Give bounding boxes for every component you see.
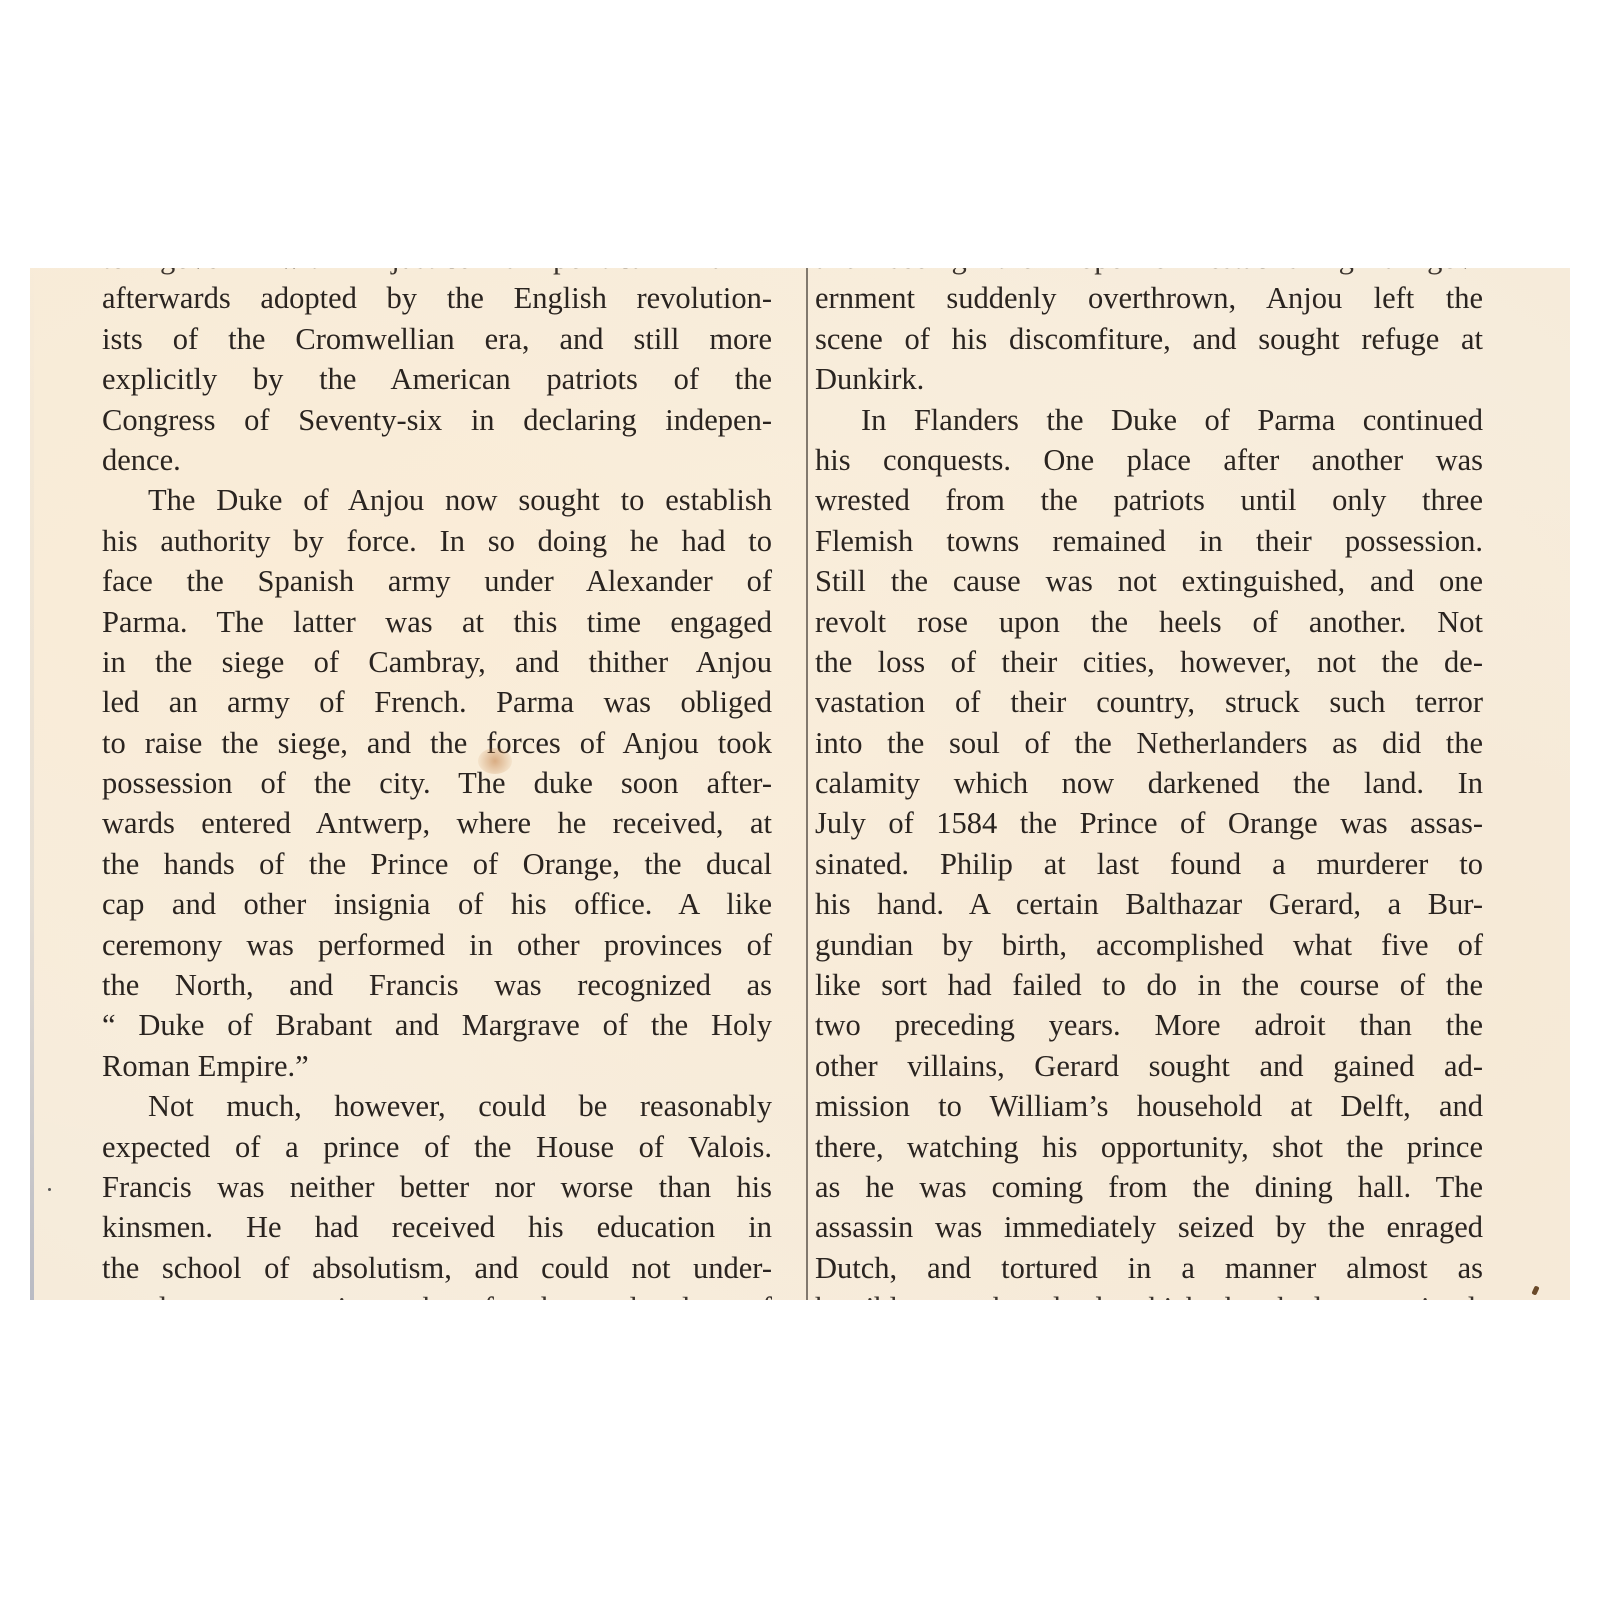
text-line: wards entered Antwerp, where he received… [102,803,772,843]
paper-dot [48,1188,51,1191]
text-line: expected of a prince of the House of Val… [102,1127,772,1167]
text-line: stand or appreciate the free-born loyalt… [102,1288,772,1300]
text-line: to govern with injustice a political max… [102,268,772,278]
right-text-column: and seeing the hope of establishing a go… [815,268,1483,1300]
text-line: assassin was immediately seized by the e… [815,1207,1483,1247]
text-line: mission to William’s household at Delft,… [815,1086,1483,1126]
text-line: the school of absolutism, and could not … [102,1248,772,1288]
foxing-stain [478,748,512,774]
text-line: scene of his discomfiture, and sought re… [815,319,1483,359]
text-line: horrible as the deed which he had commit… [815,1288,1483,1300]
text-line: Still the cause was not extinguished, an… [815,561,1483,601]
text-line: into the soul of the Netherlanders as di… [815,723,1483,763]
text-line: two preceding years. More adroit than th… [815,1005,1483,1045]
page-edge-shadow [30,268,34,1300]
text-line: vastation of their country, struck such … [815,682,1483,722]
text-line: Francis was neither better nor worse tha… [102,1167,772,1207]
paragraph-start-line: The Duke of Anjou now sought to establis… [102,480,772,520]
text-line: revolt rose upon the heels of another. N… [815,602,1483,642]
text-line: sinated. Philip at last found a murderer… [815,844,1483,884]
text-line: like sort had failed to do in the course… [815,965,1483,1005]
ink-speck [1531,1285,1539,1295]
text-line: in the siege of Cambray, and thither Anj… [102,642,772,682]
column-divider [806,268,808,1300]
paragraph-start-line: In Flanders the Duke of Parma continued [815,400,1483,440]
text-line: his hand. A certain Balthazar Gerard, a … [815,884,1483,924]
text-line: afterwards adopted by the English revolu… [102,278,772,318]
text-line: gundian by birth, accomplished what five… [815,925,1483,965]
text-line: Dunkirk. [815,359,1483,399]
text-line: calamity which now darkened the land. In [815,763,1483,803]
text-line: Congress of Seventy-six in declaring ind… [102,400,772,440]
scanned-page: to govern with injustice a political max… [30,268,1570,1300]
text-line: the hands of the Prince of Orange, the d… [102,844,772,884]
text-line: “ Duke of Brabant and Margrave of the Ho… [102,1005,772,1045]
text-line: his conquests. One place after another w… [815,440,1483,480]
text-line: ists of the Cromwellian era, and still m… [102,319,772,359]
text-line: to raise the siege, and the forces of An… [102,723,772,763]
text-line: ernment suddenly overthrown, Anjou left … [815,278,1483,318]
text-line: Flemish towns remained in their possessi… [815,521,1483,561]
text-line: explicitly by the American patriots of t… [102,359,772,399]
text-line: wrested from the patriots until only thr… [815,480,1483,520]
left-text-column: to govern with injustice a political max… [102,268,772,1300]
text-line: ceremony was performed in other province… [102,925,772,965]
text-line: his authority by force. In so doing he h… [102,521,772,561]
text-line: as he was coming from the dining hall. T… [815,1167,1483,1207]
text-line: dence. [102,440,772,480]
text-line: the loss of their cities, however, not t… [815,642,1483,682]
text-line: Dutch, and tortured in a manner almost a… [815,1248,1483,1288]
text-line: cap and other insignia of his office. A … [102,884,772,924]
text-line: kinsmen. He had received his education i… [102,1207,772,1247]
paragraph-start-line: Not much, however, could be reasonably [102,1086,772,1126]
text-line: and seeing the hope of establishing a go… [815,268,1483,278]
text-line: Parma. The latter was at this time engag… [102,602,772,642]
text-line: face the Spanish army under Alexander of [102,561,772,601]
text-line: Roman Empire.” [102,1046,772,1086]
text-line: there, watching his opportunity, shot th… [815,1127,1483,1167]
text-line: possession of the city. The duke soon af… [102,763,772,803]
text-line: other villains, Gerard sought and gained… [815,1046,1483,1086]
text-line: led an army of French. Parma was obliged [102,682,772,722]
text-line: the North, and Francis was recognized as [102,965,772,1005]
text-line: July of 1584 the Prince of Orange was as… [815,803,1483,843]
